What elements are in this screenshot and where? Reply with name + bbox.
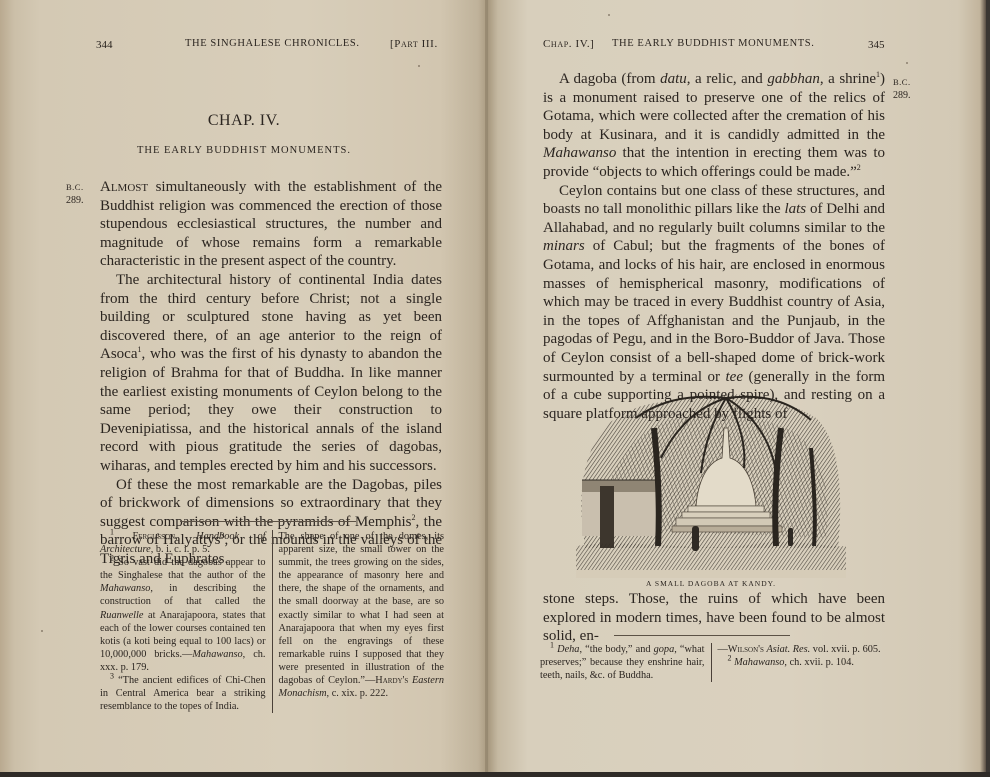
chapter-subtitle: THE EARLY BUDDHIST MONUMENTS.: [0, 145, 488, 156]
part-label: [Part III.: [390, 38, 438, 50]
right-body-continuation: stone steps. Those, the ruins of which h…: [543, 590, 885, 646]
footnote-column: —Wilson's Asiat. Res. vol. xvii. p. 605.…: [711, 643, 883, 682]
figure-caption: A SMALL DAGOBA AT KANDY.: [576, 579, 846, 588]
book-spread: 344 THE SINGHALESE CHRONICLES. [Part III…: [0, 0, 990, 772]
footnote-rule: [614, 635, 790, 636]
footnote: 1 Deha, “the body,” and gopa, “what pres…: [540, 643, 705, 682]
left-footnotes: 1 Fergusson, Handbook of Architecture, b…: [100, 530, 444, 713]
left-body-text: Almost simultaneously with the establish…: [100, 178, 442, 568]
right-body-text: A dagoba (from datu, a relic, and gabbha…: [543, 70, 885, 423]
bottom-edge: [0, 772, 990, 777]
margin-note-date-left: B.C. 289.: [66, 181, 84, 207]
margin-era: B.C.: [66, 181, 84, 194]
paper-speck: [41, 630, 43, 632]
paragraph: Almost simultaneously with the establish…: [100, 178, 442, 271]
footnote-continued: —Wilson's Asiat. Res. vol. xvii. p. 605.: [718, 643, 883, 656]
paper-speck: [418, 65, 420, 67]
footnote-column: 1 Deha, “the body,” and gopa, “what pres…: [540, 643, 705, 682]
footnote-continued: The shape of one of the domes, its appar…: [279, 530, 445, 700]
page-number-right: 345: [868, 39, 885, 51]
margin-year: 289.: [66, 194, 84, 207]
paper-speck: [608, 14, 610, 16]
left-page: 344 THE SINGHALESE CHRONICLES. [Part III…: [0, 0, 488, 772]
right-footnotes: 1 Deha, “the body,” and gopa, “what pres…: [540, 643, 882, 682]
paper-speck: [906, 62, 908, 64]
margin-era: B.C.: [893, 76, 911, 89]
paragraph: The architectural history of continental…: [100, 271, 442, 476]
footnote-ref[interactable]: 2: [857, 163, 861, 172]
footnote-column: The shape of one of the domes, its appar…: [272, 530, 445, 713]
chapter-label: Chap. IV.]: [543, 38, 594, 50]
margin-note-date-right: B.C. 289.: [893, 76, 911, 102]
footnote: 1 Fergusson, Handbook of Architecture, b…: [100, 530, 266, 556]
footnote: 3 “The ancient edifices of Chi-Chen in C…: [100, 674, 266, 713]
running-head-right: THE EARLY BUDDHIST MONUMENTS.: [612, 38, 814, 49]
footnote-column: 1 Fergusson, Handbook of Architecture, b…: [100, 530, 266, 713]
footnote: 2 So vast did the dagobas appear to the …: [100, 556, 266, 674]
dagoba-illustration-icon: [576, 388, 846, 578]
page-number-left: 344: [96, 39, 113, 51]
footnote: 2 Mahawanso, ch. xvii. p. 104.: [718, 656, 883, 669]
dropword: Almost: [100, 179, 148, 195]
chapter-title: CHAP. IV.: [0, 112, 488, 130]
paragraph: A dagoba (from datu, a relic, and gabbha…: [543, 70, 885, 182]
running-head-left: THE SINGHALESE CHRONICLES.: [185, 38, 360, 49]
margin-year: 289.: [893, 89, 911, 102]
dagoba-engraving: [576, 388, 846, 578]
right-page: Chap. IV.] THE EARLY BUDDHIST MONUMENTS.…: [488, 0, 986, 772]
footnote-rule: [180, 521, 356, 522]
